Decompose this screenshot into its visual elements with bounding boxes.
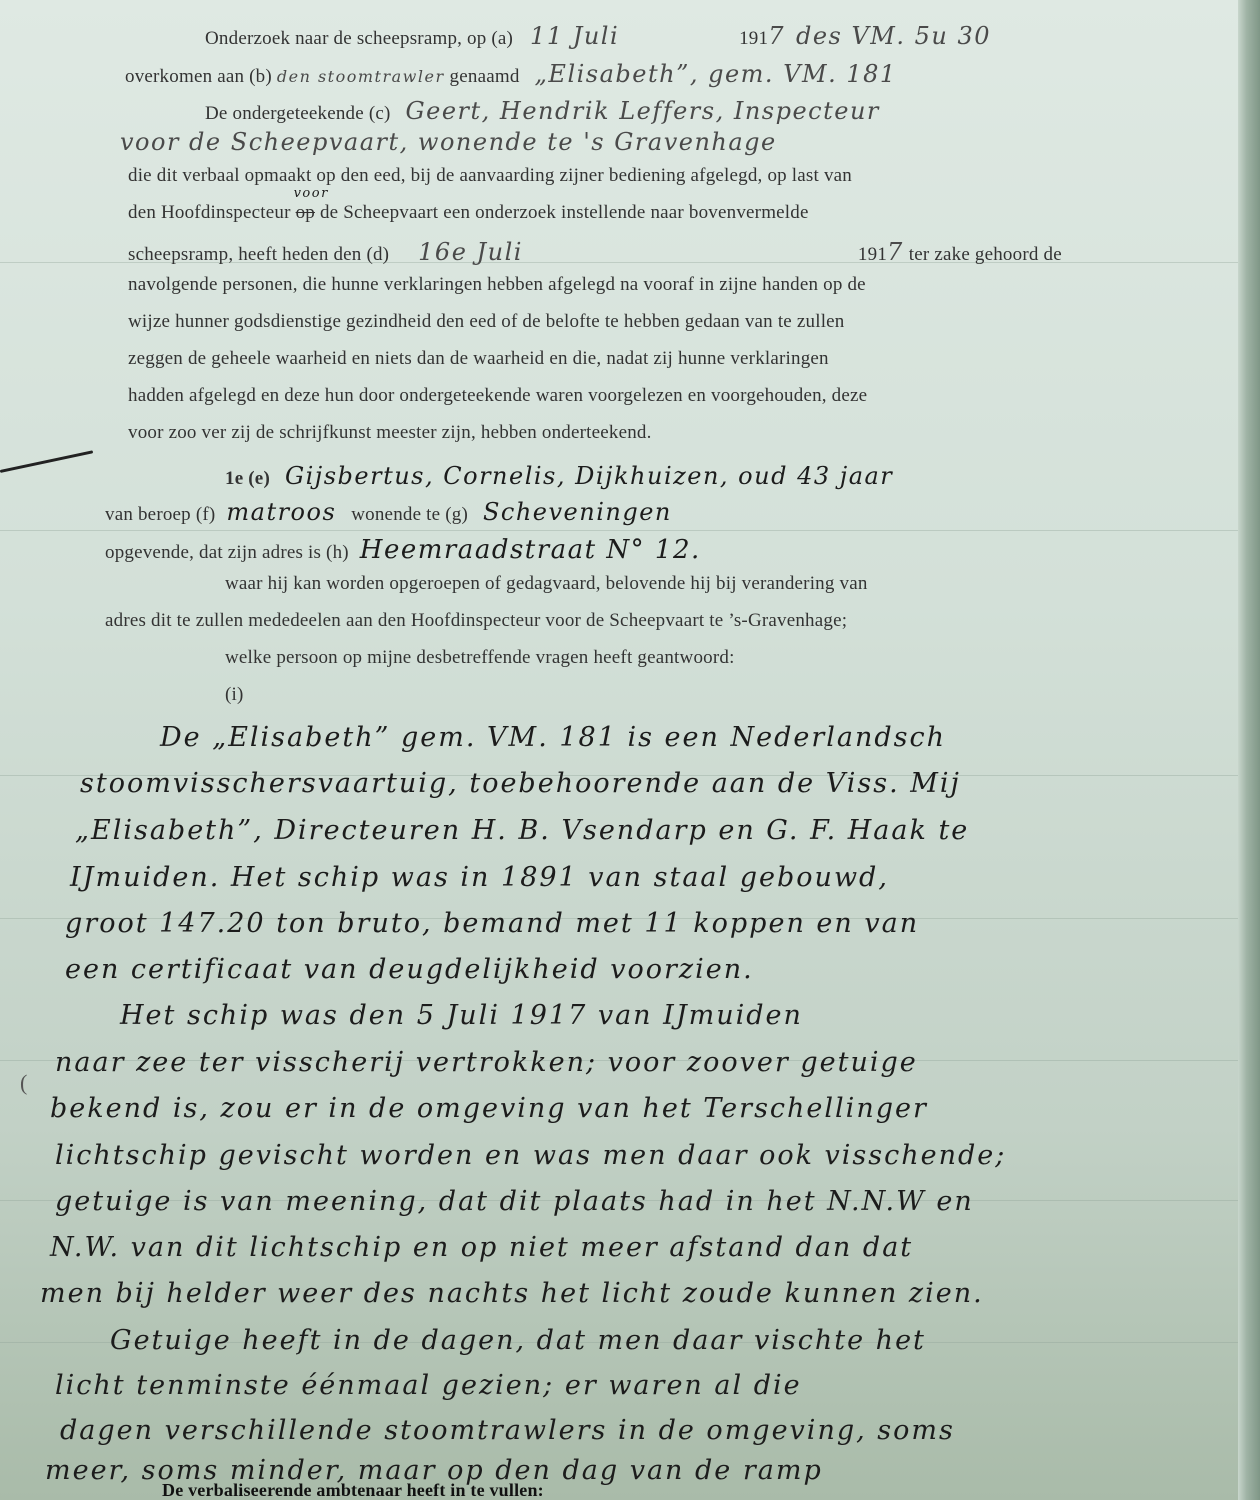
- body-typed-line: die dit verbaal opmaakt op den eed, bij …: [128, 165, 852, 187]
- statement-line: naar zee ter visscherij vertrokken; voor…: [55, 1047, 918, 1078]
- witness-occupation: matroos: [226, 498, 336, 526]
- label-date-of-disaster: Onderzoek naar de scheepsramp, op (a): [205, 28, 513, 49]
- page-edge: [1238, 0, 1260, 1500]
- witness-line-3: opgevende, dat zijn adres is (h) Heemraa…: [105, 535, 701, 565]
- ruled-line: [0, 530, 1238, 531]
- footer-instruction: De verbaliseerende ambtenaar heeft in te…: [162, 1480, 544, 1500]
- closing-typed-line: adres dit te zullen mededeelen aan den H…: [105, 610, 847, 632]
- statement-line: N.W. van dit lichtschip en op niet meer …: [50, 1232, 913, 1263]
- hearing-suffix: ter zake gehoord de: [909, 244, 1062, 265]
- body-typed-line-hearing: scheepsramp, heeft heden den (d) 16e Jul…: [128, 238, 1062, 266]
- body-typed-line: wijze hunner godsdienstige gezindheid de…: [128, 311, 845, 333]
- statement-line: Getuige heeft in de dagen, dat men daar …: [110, 1325, 926, 1356]
- statement-line: Het schip was den 5 Juli 1917 van IJmuid…: [120, 1000, 803, 1031]
- witness-number: 1e (e): [225, 468, 270, 489]
- hearing-date: 16e Juli: [418, 238, 523, 266]
- margin-paren-mark: (: [20, 1070, 27, 1096]
- hoofd-prefix: den Hoofdinspecteur: [128, 202, 291, 223]
- hearing-year-digit: 7: [887, 238, 904, 266]
- label-undersigned: De ondergeteekende (c): [205, 103, 391, 124]
- witness-name: Gijsbertus, Cornelis, Dijkhuizen, oud 43…: [285, 462, 893, 490]
- statement-line: een certificaat van deugdelijkheid voorz…: [65, 954, 754, 985]
- struck-word: op: [296, 202, 315, 223]
- label-ship-type: overkomen aan (b): [125, 66, 272, 87]
- ship-name: „Elisabeth”, gem. VM. 181: [534, 60, 896, 88]
- statement-line: bekend is, zou er in de omgeving van het…: [50, 1093, 928, 1124]
- hoofd-suffix: de Scheepvaart een onderzoek instellende…: [320, 202, 809, 223]
- statement-line: lichtschip gevischt worden en was men da…: [55, 1140, 1006, 1171]
- label-residence: wonende te (g): [351, 504, 468, 525]
- body-typed-line-hoofd: den Hoofdinspecteur op voor de Scheepvaa…: [128, 202, 809, 224]
- header-line-2: overkomen aan (b) den stoomtrawler genaa…: [125, 60, 897, 88]
- label-named: genaamd: [450, 66, 520, 87]
- year-digit: 7: [768, 22, 785, 50]
- body-typed-line: voor zoo ver zij de schrijfkunst meester…: [128, 422, 652, 444]
- closing-typed-line: waar hij kan worden opgeroepen of gedagv…: [225, 573, 868, 595]
- header-line-3: De ondergeteekende (c) Geert, Hendrik Le…: [205, 97, 880, 125]
- inspector-residence: voor de Scheepvaart, wonende te 's Grave…: [120, 128, 777, 156]
- margin-pen-stroke: [0, 450, 93, 473]
- statement-line: getuige is van meening, dat dit plaats h…: [55, 1186, 974, 1217]
- label-hearing-date: scheepsramp, heeft heden den (d): [128, 244, 389, 265]
- disaster-date: 11 Juli: [530, 22, 619, 50]
- inspector-name: Geert, Hendrik Leffers, Inspecteur: [405, 97, 879, 125]
- answer-marker: (i): [225, 684, 244, 706]
- statement-line: „Elisabeth”, Directeuren H. B. Vsendarp …: [75, 815, 969, 846]
- body-typed-line: zeggen de geheele waarheid en niets dan …: [128, 348, 829, 370]
- disaster-time: des VM. 5u 30: [796, 22, 991, 50]
- statement-line: men bij helder weer des nachts het licht…: [40, 1278, 984, 1309]
- label-address: opgevende, dat zijn adres is (h): [105, 542, 349, 563]
- witness-line-2: van beroep (f) matroos wonende te (g) Sc…: [105, 498, 672, 526]
- closing-typed-line: welke persoon op mijne desbetreffende vr…: [225, 647, 735, 669]
- statement-line: licht tenminste éénmaal gezien; er waren…: [55, 1370, 802, 1401]
- inserted-word: voor: [294, 186, 329, 201]
- witness-residence: Scheveningen: [483, 498, 672, 526]
- hearing-year-prefix: 191: [858, 244, 887, 265]
- body-typed-line: hadden afgelegd en deze hun door onderge…: [128, 385, 867, 407]
- statement-line: De „Elisabeth” gem. VM. 181 is een Neder…: [160, 722, 946, 753]
- body-typed-line: navolgende personen, die hunne verklarin…: [128, 274, 866, 296]
- statement-line: dagen verschillende stoomtrawlers in de …: [60, 1415, 955, 1446]
- ship-type: den stoomtrawler: [277, 67, 445, 86]
- year-prefix: 191: [739, 28, 768, 49]
- label-occupation: van beroep (f): [105, 504, 215, 525]
- witness-line-1: 1e (e) Gijsbertus, Cornelis, Dijkhuizen,…: [225, 462, 893, 490]
- statement-line: IJmuiden. Het schip was in 1891 van staa…: [70, 862, 889, 893]
- statement-line: stoomvisschersvaartuig, toebehoorende aa…: [80, 768, 961, 799]
- statement-line: groot 147.20 ton bruto, bemand met 11 ko…: [65, 908, 919, 939]
- header-line-1: Onderzoek naar de scheepsramp, op (a) 11…: [205, 22, 991, 50]
- witness-address: Heemraadstraat N° 12.: [360, 535, 701, 565]
